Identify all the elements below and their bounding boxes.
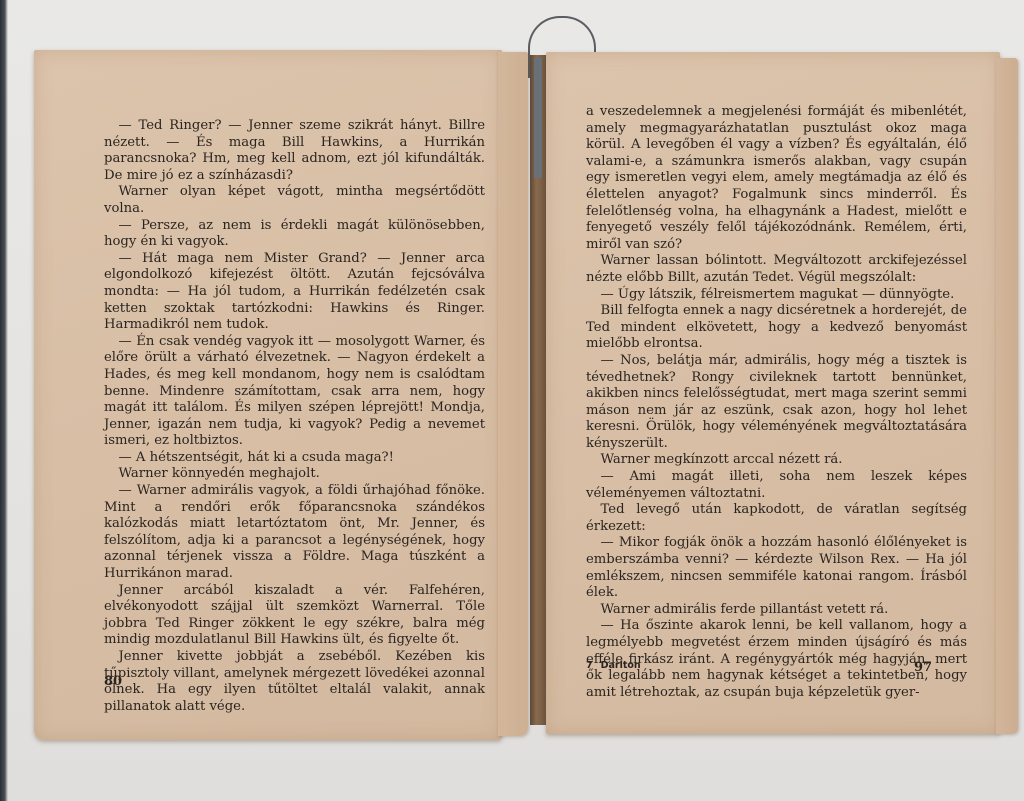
left-page-text: — Ted Ringer? — Jenner szeme szikrát hán… bbox=[104, 118, 485, 715]
paragraph: — Úgy látszik, félreismertem magukat — d… bbox=[586, 287, 967, 304]
printer-signature: 7Darlton bbox=[586, 660, 649, 671]
paragraph: Warner lassan bólintott. Megváltozott ar… bbox=[586, 253, 967, 286]
paragraph: — Nos, belátja már, admirális, hogy még … bbox=[586, 353, 967, 453]
page-edge bbox=[996, 58, 1018, 734]
spine-gap bbox=[534, 58, 542, 178]
paragraph: Jenner kivette jobbját a zsebéből. Kezéb… bbox=[104, 649, 485, 715]
right-page-text: a veszedelemnek a megjelenési formáját é… bbox=[586, 104, 967, 701]
paragraph: — Hát maga nem Mister Grand? — Jenner ar… bbox=[104, 251, 485, 334]
paragraph: Jenner arcából kiszaladt a vér. Falfehér… bbox=[104, 583, 485, 649]
paragraph: Warner megkínzott arccal nézett rá. bbox=[586, 452, 967, 469]
paragraph: — Ami magát illeti, soha nem leszek képe… bbox=[586, 469, 967, 502]
paragraph: Ted levegő után kapkodott, de váratlan s… bbox=[586, 502, 967, 535]
page-edge bbox=[498, 52, 528, 736]
paragraph: — Warner admirális vagyok, a földi űrhaj… bbox=[104, 483, 485, 583]
page-number: 97 bbox=[914, 660, 932, 675]
paragraph: Warner olyan képet vágott, mintha megsér… bbox=[104, 184, 485, 217]
signature-number: 7 bbox=[586, 660, 593, 671]
paragraph: — Én csak vendég vagyok itt — mosolygott… bbox=[104, 334, 485, 450]
paragraph: Warner admirális ferde pillantást vetett… bbox=[586, 602, 967, 619]
paragraph: — Mikor fogják önök a hozzám hasonló élő… bbox=[586, 535, 967, 601]
page-number: 80 bbox=[104, 674, 122, 689]
paragraph: Warner könnyedén meghajolt. bbox=[104, 466, 485, 483]
paragraph: — Ted Ringer? — Jenner szeme szikrát hán… bbox=[104, 118, 485, 184]
left-page: — Ted Ringer? — Jenner szeme szikrát hán… bbox=[34, 50, 502, 740]
paragraph: — Persze, az nem is érdekli magát különö… bbox=[104, 218, 485, 251]
background-edge bbox=[0, 0, 8, 801]
paragraph: — A hétszentségit, hát ki a csuda maga?! bbox=[104, 450, 485, 467]
right-page: a veszedelemnek a megjelenési formáját é… bbox=[546, 52, 1000, 734]
paragraph: Bill felfogta ennek a nagy dicséretnek a… bbox=[586, 303, 967, 353]
signature-name: Darlton bbox=[601, 660, 641, 671]
paragraph: a veszedelemnek a megjelenési formáját é… bbox=[586, 104, 967, 253]
